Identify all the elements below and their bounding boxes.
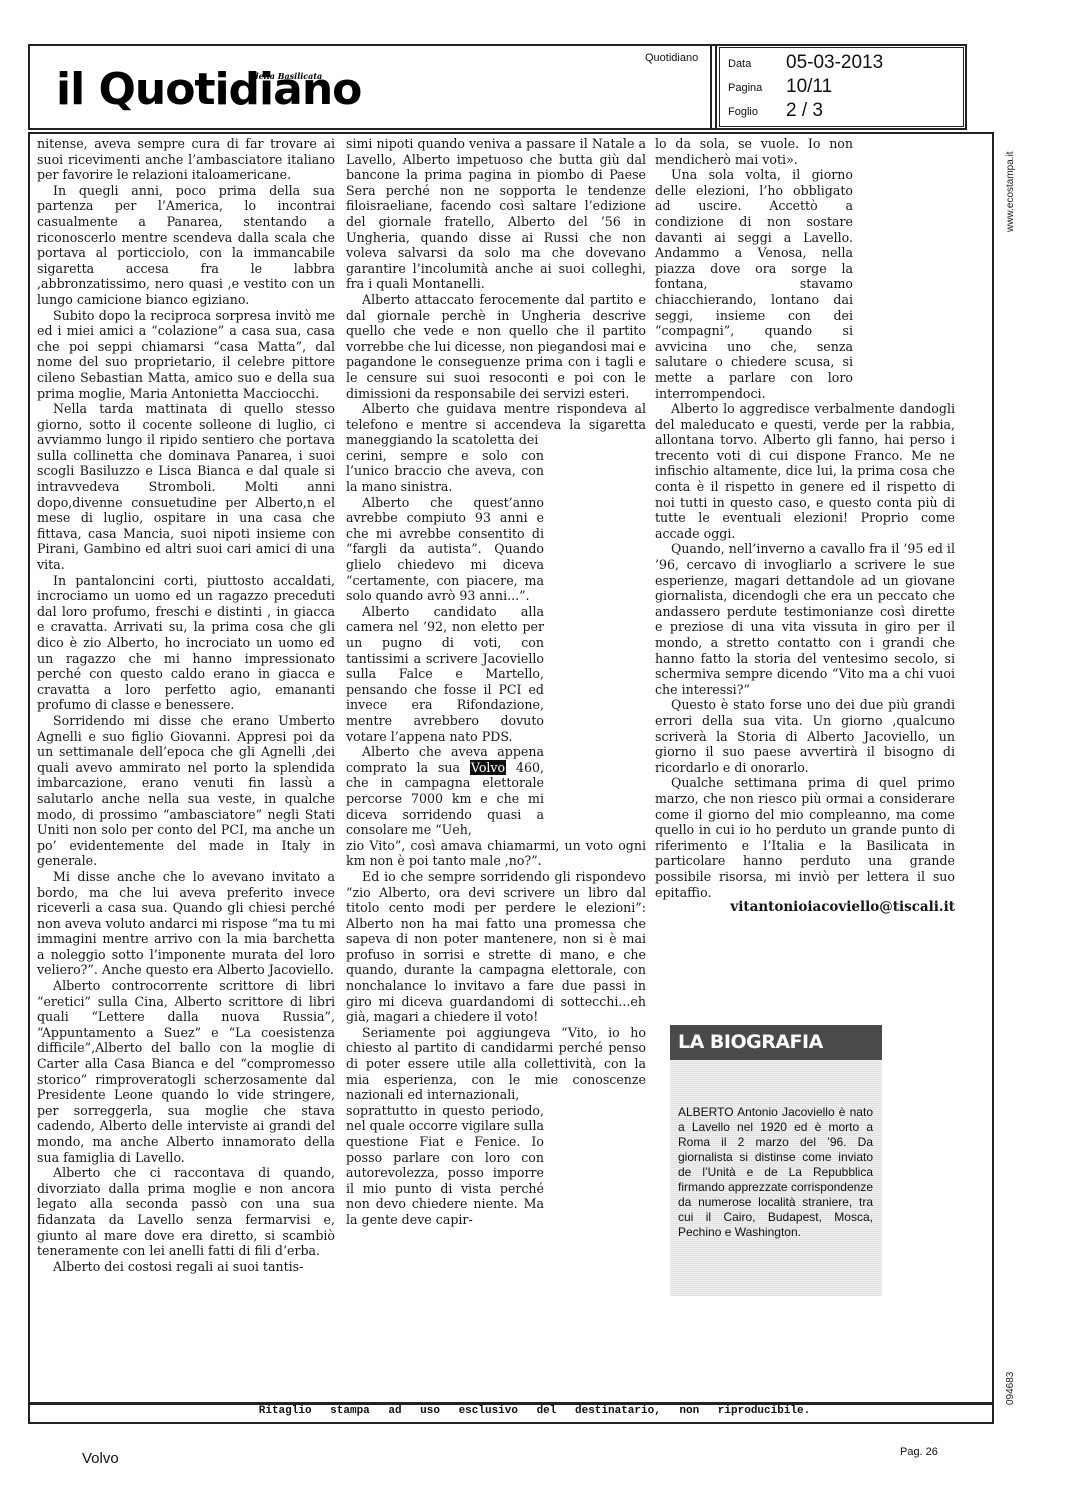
text: Alberto che aveva appena comprato la sua xyxy=(346,744,544,775)
paragraph: Alberto candidato alla camera nel ’92, n… xyxy=(346,604,544,744)
meta-value-sheet: 2 / 3 xyxy=(786,100,823,122)
newspaper-logo-subtitle: della Basilicata xyxy=(253,71,322,81)
meta-key: Foglio xyxy=(728,106,778,118)
biography-title: LA BIOGRAFIA xyxy=(670,1025,882,1060)
divider xyxy=(710,44,712,130)
paragraph: Alberto che quest’anno avrebbe compiuto … xyxy=(346,495,544,604)
meta-value-date: 05-03-2013 xyxy=(786,52,883,74)
paragraph: lo da sola, se vuole. Io non mendicherò … xyxy=(655,136,853,167)
paragraph: nitense, aveva sempre cura di far trovar… xyxy=(37,136,335,183)
paragraph: Qualche settimana prima di quel primo ma… xyxy=(655,775,955,900)
paragraph: Alberto che guidava mentre rispondeva al… xyxy=(346,401,646,448)
paragraph: Mi disse anche che lo avevano invitato a… xyxy=(37,869,335,978)
paragraph: In pantaloncini corti, piuttosto accalda… xyxy=(37,573,335,713)
biography-text: ALBERTO Antonio Jacoviello è nato a Lave… xyxy=(678,1105,873,1240)
narrow-wrap: soprattutto in questo periodo, nel quale… xyxy=(346,1103,544,1228)
paragraph: Seriamente poi aggiungeva “Vito, io ho c… xyxy=(346,1025,646,1103)
clip-code: 094683 xyxy=(1005,1372,1016,1405)
biography-box: LA BIOGRAFIA ALBERTO Antonio Jacoviello … xyxy=(670,1025,882,1296)
copyright-notice: Ritaglio stampa ad uso esclusivo del des… xyxy=(0,1405,1069,1417)
paragraph: In quegli anni, poco prima della sua par… xyxy=(37,183,335,308)
narrow-wrap: lo da sola, se vuole. Io non mendicherò … xyxy=(655,136,853,401)
paragraph: Subito dopo la reciproca sorpresa invitò… xyxy=(37,308,335,402)
article-column-3: lo da sola, se vuole. Io non mendicherò … xyxy=(655,136,955,916)
paragraph: Una sola volta, il giorno delle elezioni… xyxy=(655,167,853,401)
paragraph: Alberto controcorrente scrittore di libr… xyxy=(37,978,335,1165)
paragraph: Alberto lo aggredisce verbalmente dandog… xyxy=(655,401,955,541)
narrow-wrap: cerini, sempre e solo con l’unico bracci… xyxy=(346,448,544,838)
paragraph: zio Vito”, così amava chiamarmi, un voto… xyxy=(346,838,646,869)
paragraph: Alberto attaccato ferocemente dal partit… xyxy=(346,292,646,401)
paragraph: Quando, nell’inverno a cavallo fra il ’9… xyxy=(655,541,955,697)
divider xyxy=(715,44,717,130)
author-email: vitantonioiacoviello@tiscali.it xyxy=(655,900,955,916)
meta-key: Pagina xyxy=(728,82,778,94)
meta-key: Data xyxy=(728,58,778,70)
clip-keyword: Volvo xyxy=(82,1450,119,1467)
paragraph: Alberto dei costosi regali ai suoi tanti… xyxy=(37,1259,335,1275)
page-number: Pag. 26 xyxy=(900,1446,938,1458)
paragraph: simi nipoti quando veniva a passare il N… xyxy=(346,136,646,292)
paragraph: Nella tarda mattinata di quello stesso g… xyxy=(37,401,335,573)
paragraph-volvo: Alberto che aveva appena comprato la sua… xyxy=(346,744,544,838)
paragraph: Sorridendo mi disse che erano Umberto Ag… xyxy=(37,713,335,869)
paragraph: cerini, sempre e solo con l’unico bracci… xyxy=(346,448,544,495)
paragraph: Questo è stato forse uno dei due più gra… xyxy=(655,697,955,775)
website-label: www.ecostampa.it xyxy=(1005,151,1016,232)
source-type-label: Quotidiano xyxy=(645,52,698,64)
article-column-2: simi nipoti quando veniva a passare il N… xyxy=(346,136,646,1228)
meta-value-page: 10/11 xyxy=(786,76,832,98)
paragraph: Ed io che sempre sorridendo gli risponde… xyxy=(346,869,646,1025)
article-column-1: nitense, aveva sempre cura di far trovar… xyxy=(37,136,335,1274)
paragraph: soprattutto in questo periodo, nel quale… xyxy=(346,1103,544,1228)
paragraph: Alberto che ci raccontava di quando, div… xyxy=(37,1165,335,1259)
highlighted-keyword: Volvo xyxy=(470,760,506,775)
